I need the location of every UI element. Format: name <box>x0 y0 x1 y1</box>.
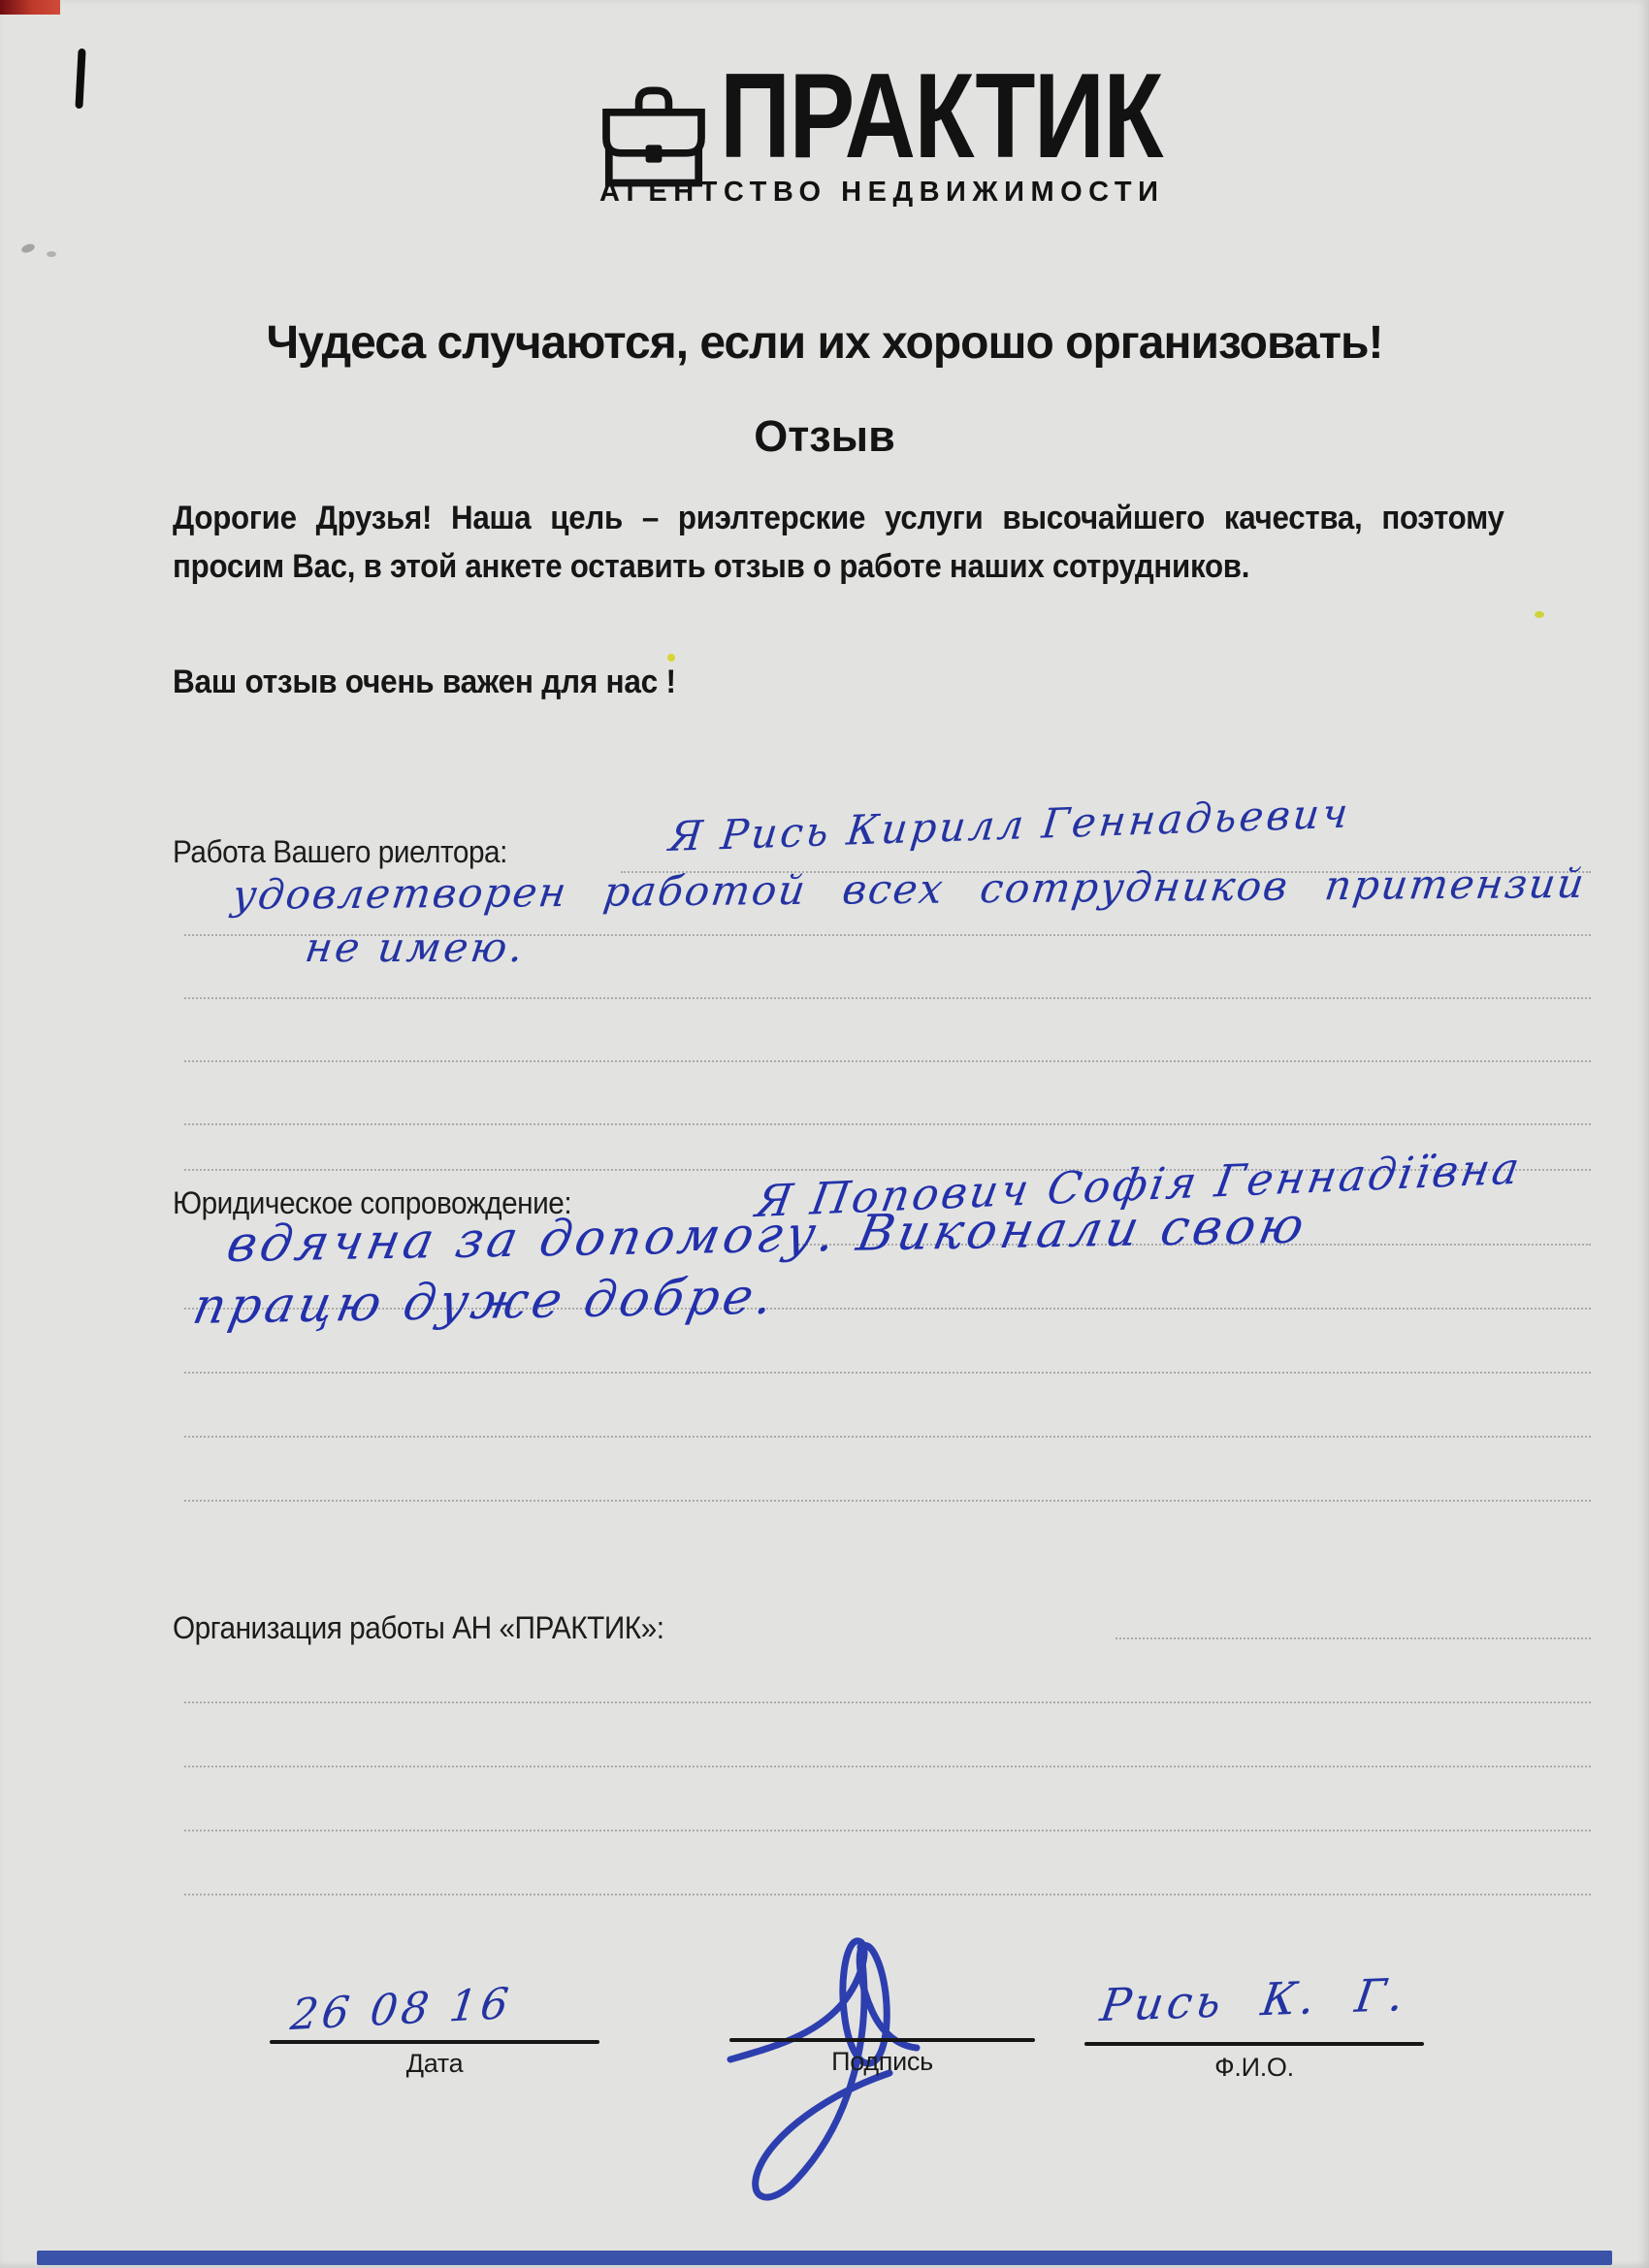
dotted-line <box>184 1060 1591 1062</box>
dotted-line <box>184 1701 1591 1703</box>
page-title: Отзыв <box>0 411 1649 462</box>
scan-speck-yellow <box>1535 611 1544 618</box>
dotted-line <box>184 1500 1591 1502</box>
dotted-line <box>184 1123 1591 1125</box>
field-label-realtor: Работа Вашего риелтора: <box>173 834 507 870</box>
scanned-feedback-form: ПРАКТИК АГЕНТСТВО НЕДВИЖИМОСТИ Чудеса сл… <box>0 0 1649 2268</box>
handwritten-date: 26 08 16 <box>288 1979 515 2040</box>
scan-bottom-blue-strip <box>37 2251 1612 2265</box>
importance-note: Ваш отзыв очень важен для нас ! <box>173 664 676 701</box>
dotted-line <box>184 1894 1591 1895</box>
brand-subtitle: АГЕНТСТВО НЕДВИЖИМОСТИ <box>599 177 1164 209</box>
date-line <box>270 2040 599 2044</box>
handwritten-answer: працю дуже добре. <box>188 1268 781 1336</box>
scan-speck <box>20 243 36 254</box>
scan-speck-yellow <box>667 654 675 662</box>
dotted-line <box>184 1436 1591 1438</box>
pen-stroke-mark <box>75 49 85 109</box>
handwritten-answer: Я Рись Кирилл Геннадьевич <box>666 789 1352 860</box>
signature-line <box>729 2038 1035 2042</box>
dotted-line <box>1115 1637 1591 1639</box>
dotted-line <box>184 997 1591 999</box>
dotted-line <box>184 1830 1591 1831</box>
brand-name: ПРАКТИК <box>720 56 1162 177</box>
slogan: Чудеса случаются, если их хорошо организ… <box>0 316 1649 370</box>
field-label-organization: Организация работы АН «ПРАКТИК»: <box>173 1610 664 1646</box>
dotted-line <box>184 1766 1591 1767</box>
handwritten-answer: не имею. <box>303 923 530 971</box>
name-line <box>1084 2042 1424 2046</box>
name-label: Ф.И.О. <box>1084 2053 1424 2083</box>
dotted-line <box>184 1372 1591 1374</box>
date-label: Дата <box>270 2049 599 2079</box>
signature-label: Подпись <box>729 2047 1035 2077</box>
scan-corner-red-mark <box>0 0 60 15</box>
scan-speck <box>47 251 56 257</box>
briefcase-icon <box>599 82 708 191</box>
intro-paragraph: Дорогие Друзья! Наша цель – риэлтерские … <box>173 495 1504 592</box>
handwritten-name: Рись К. Г. <box>1097 1968 1410 2031</box>
